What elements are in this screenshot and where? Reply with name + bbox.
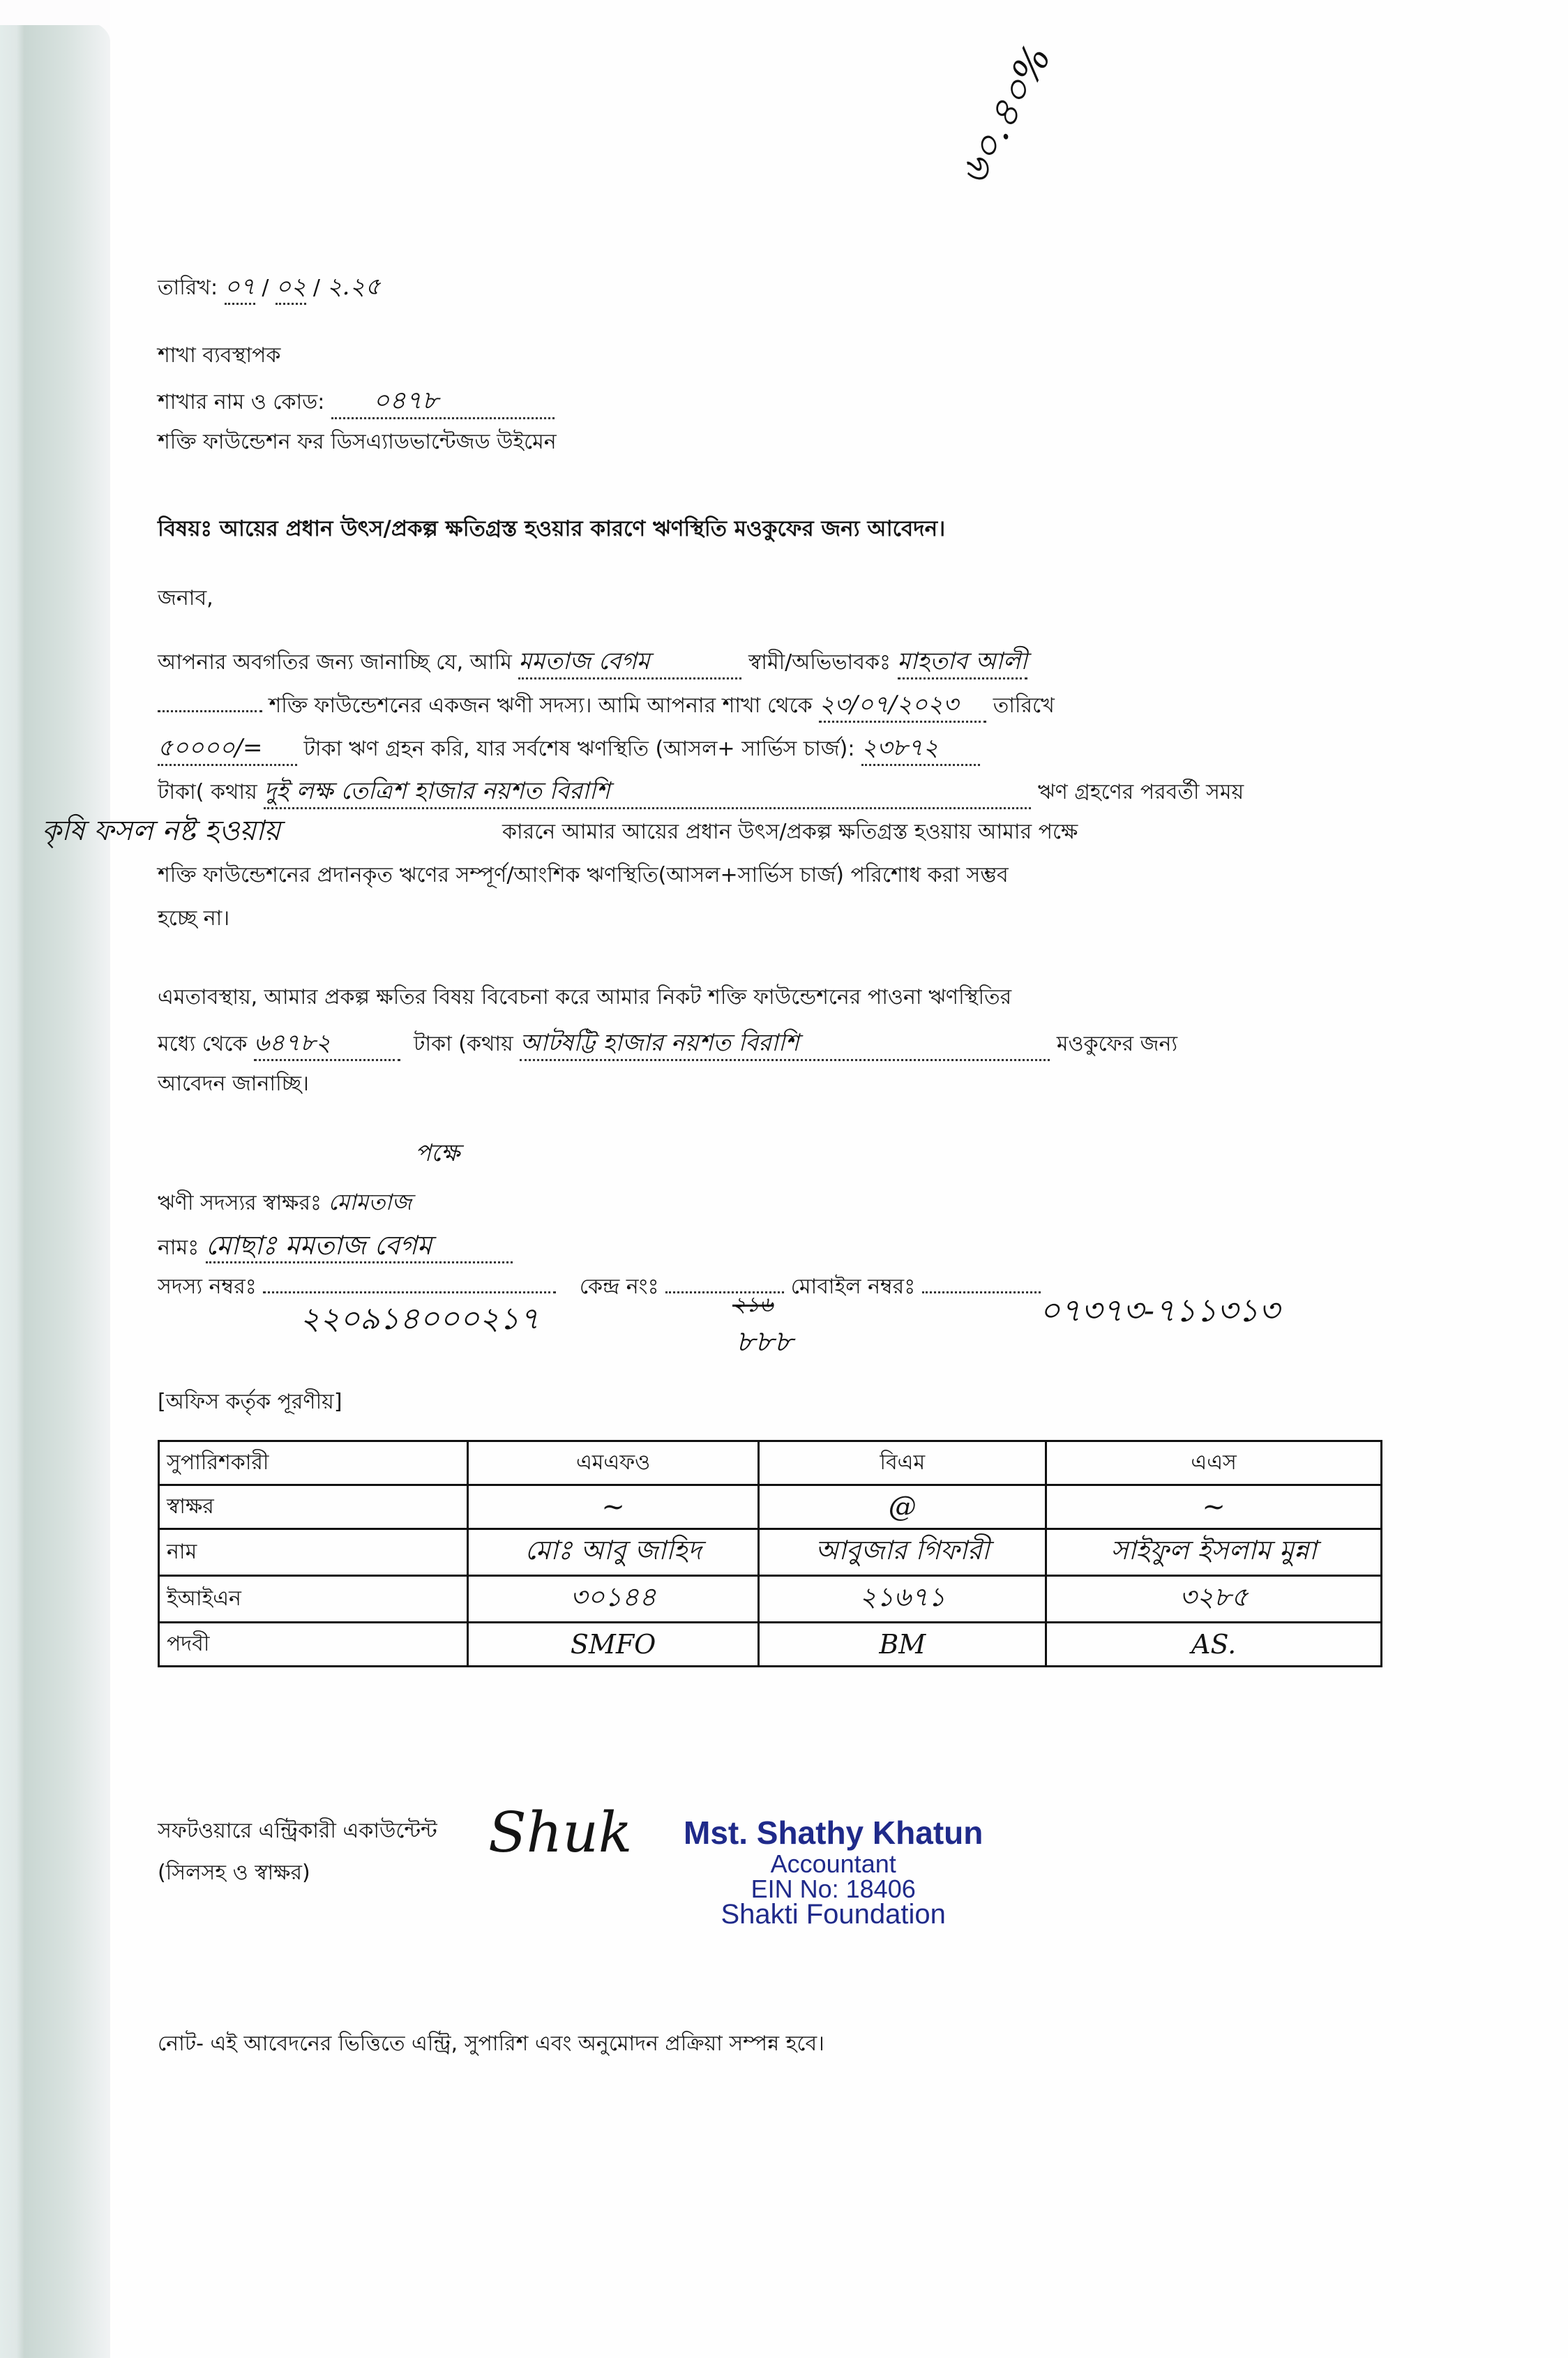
applicant-name: মমতাজ বেগম <box>518 645 741 679</box>
date-line: তারিখ: ০৭ / ০২ / ২.২৫ <box>158 271 381 305</box>
signature-on-behalf: পক্ষে <box>415 1137 460 1169</box>
outstanding-in-words: দুই লক্ষ তেত্রিশ হাজার নয়শত বিরাশি <box>264 775 1031 809</box>
loan-date: ২৩/০৭/২০২৩ <box>819 689 986 723</box>
margin-reason: কৃষি ফসল নষ্ট হওয়ায় <box>42 815 280 847</box>
guardian-name: মাহতাব আলী <box>898 645 1027 679</box>
accountant-stamp: Mst. Shathy Khatun Accountant EIN No: 18… <box>684 1814 983 1927</box>
organization-line: শক্তি ফাউন্ডেশন ফর ডিসএ্যাডভান্টেজড উইমে… <box>158 428 557 456</box>
center-number: ৮৮৮ <box>736 1326 793 1358</box>
table-header-row: সুপারিশকারী এমএফও বিএম এএস <box>159 1441 1382 1485</box>
document-page <box>110 0 1568 2358</box>
footer-note: নোট- এই আবেদনের ভিত্তিতে এন্ট্রি, সুপারি… <box>158 2030 824 2058</box>
body-line-8: এমতাবস্থায়, আমার প্রকল্প ক্ষতির বিষয় ব… <box>158 984 1011 1012</box>
body-line-4: টাকা( কথায় দুই লক্ষ তেত্রিশ হাজার নয়শত… <box>158 775 1244 809</box>
salutation: জনাব, <box>158 585 213 613</box>
member-name-line: নামঃ মোছাঃ মমতাজ বেগম <box>158 1229 513 1263</box>
table-row: নাম মোঃ আবু জাহিদ আবুজার গিফারী সাইফুল ই… <box>159 1529 1382 1576</box>
waiver-amount: ৬৪৭৮২ <box>254 1027 400 1061</box>
date-day: ০৭ <box>225 271 255 305</box>
member-number: ২২০৯১৪০০০২১৭ <box>300 1303 539 1335</box>
accountant-seal-label: (সিলসহ ও স্বাক্ষর) <box>158 1859 310 1887</box>
body-line-3: ৫০০০০/= টাকা ঋণ গ্রহন করি, যার সর্বশেষ ঋ… <box>158 732 980 766</box>
office-section-label: [অফিস কর্তৃক পূরণীয়] <box>158 1388 342 1416</box>
mfo-signature: ~ <box>468 1485 759 1529</box>
date-month: ০২ <box>276 271 306 305</box>
date-year: ২.২৫ <box>326 273 380 301</box>
recommendation-table: সুপারিশকারী এমএফও বিএম এএস স্বাক্ষর ~ @ … <box>158 1440 1382 1667</box>
table-row: ইআইএন ৩০১৪৪ ২১৬৭১ ৩২৮৫ <box>159 1576 1382 1623</box>
loan-amount: ৫০০০০/= <box>158 732 297 766</box>
subject-line: বিষয়ঃ আয়ের প্রধান উৎস/প্রকল্প ক্ষতিগ্র… <box>158 515 945 543</box>
member-signature-line: ঋণী সদস্যর স্বাক্ষরঃ মোমতাজ <box>158 1186 412 1218</box>
waiver-in-words: আটষট্টি হাজার নয়শত বিরাশি <box>520 1027 1050 1061</box>
as-signature: ~ <box>1046 1485 1382 1529</box>
body-line-5: কারনে আমার আয়ের প্রধান উৎস/প্রকল্প ক্ষত… <box>502 818 1078 846</box>
body-line-6: শক্তি ফাউন্ডেশনের প্রদানকৃত ঋণের সম্পূর্… <box>158 862 1009 889</box>
member-signature: মোমতাজ <box>329 1189 412 1215</box>
body-line-9: মধ্যে থেকে ৬৪৭৮২ টাকা (কথায় আটষট্টি হাজ… <box>158 1027 1177 1061</box>
member-number-line: সদস্য নম্বরঃ কেন্দ্র নংঃ মোবাইল নম্বরঃ <box>158 1273 1041 1301</box>
accountant-label: সফটওয়ারে এন্ট্রিকারী একাউন্টেন্ট <box>158 1817 437 1845</box>
table-row: পদবী SMFO BM AS. <box>159 1623 1382 1667</box>
bm-signature: @ <box>759 1485 1046 1529</box>
body-line-2: শক্তি ফাউন্ডেশনের একজন ঋণী সদস্য। আমি আপ… <box>158 689 1055 723</box>
body-line-7: হচ্ছে না। <box>158 905 229 933</box>
center-number-struck: ২১৬ <box>732 1289 773 1321</box>
paper-edge-shadow <box>0 21 110 2358</box>
table-row: স্বাক্ষর ~ @ ~ <box>159 1485 1382 1529</box>
branch-code: ০৪৭৮ <box>331 385 555 419</box>
outstanding-amount: ২৩৮৭২ <box>861 732 980 766</box>
mobile-number: ০৭৩৭৩-৭১১৩১৩ <box>1039 1294 1279 1326</box>
body-line-10: আবেদন জানাচ্ছি। <box>158 1070 309 1098</box>
body-line-1: আপনার অবগতির জন্য জানাচ্ছি যে, আমি মমতাজ… <box>158 645 1027 679</box>
accountant-signature: Shuk <box>488 1800 632 1865</box>
addressee-title: শাখা ব্যবস্থাপক <box>158 342 280 370</box>
member-name: মোছাঃ মমতাজ বেগম <box>206 1229 513 1263</box>
branch-line: শাখার নাম ও কোড: ০৪৭৮ <box>158 385 555 419</box>
